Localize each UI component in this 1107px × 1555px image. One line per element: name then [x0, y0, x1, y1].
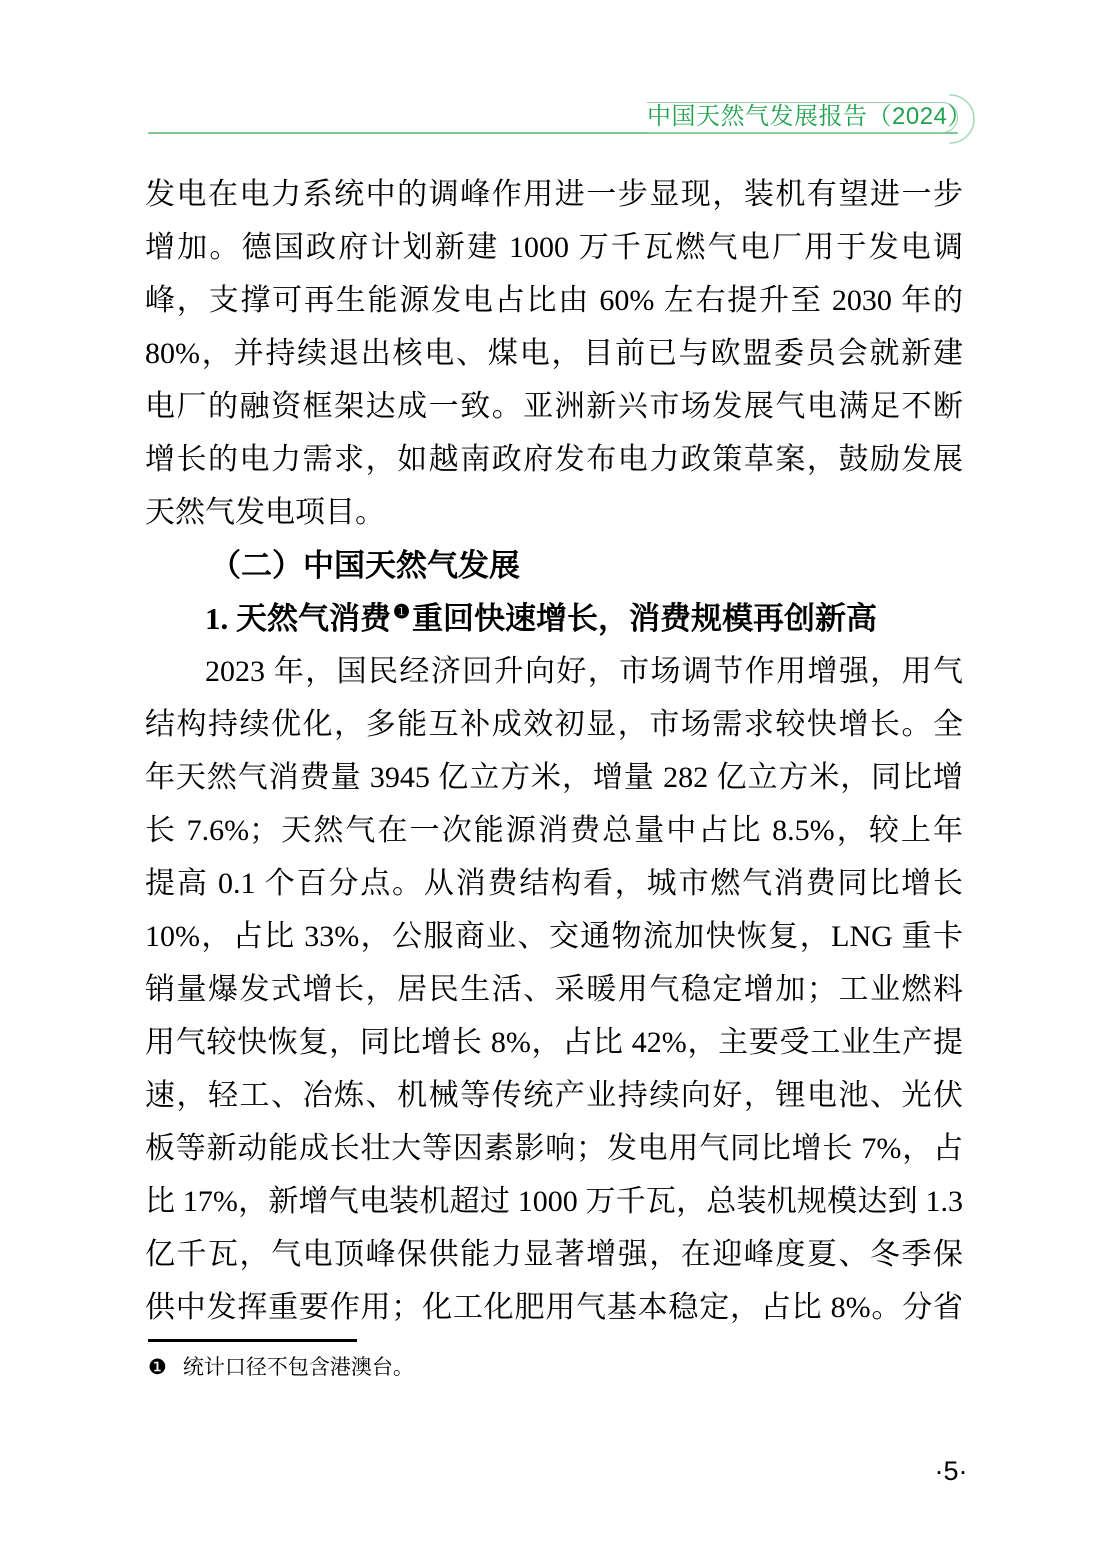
section-heading: （二）中国天然气发展 [145, 539, 963, 592]
text-line: 80%，并持续退出核电、煤电，目前已与欧盟委员会就新建 [145, 327, 963, 380]
text-line: 10%，占比 33%，公服商业、交通物流加快恢复，LNG 重卡 [145, 910, 963, 963]
text-line: 提高 0.1 个百分点。从消费结构看，城市燃气消费同比增长 [145, 857, 963, 910]
text-line: 2023 年，国民经济回升向好，市场调节作用增强，用气 [145, 645, 963, 698]
subsection-heading-prefix: 1. 天然气消费 [205, 601, 391, 636]
text-line: 销量爆发式增长，居民生活、采暖用气稳定增加；工业燃料 [145, 963, 963, 1016]
text-line: 增长的电力需求，如越南政府发布电力政策草案，鼓励发展 [145, 433, 963, 486]
text-line: 板等新动能成长壮大等因素影响；发电用气同比增长 7%，占 [145, 1122, 963, 1175]
text-line: 速，轻工、冶炼、机械等传统产业持续向好，锂电池、光伏 [145, 1069, 963, 1122]
header-arc-decoration [948, 91, 976, 147]
text-line: 比 17%，新增气电装机超过 1000 万千瓦，总装机规模达到 1.3 [145, 1175, 963, 1228]
text-line: 长 7.6%；天然气在一次能源消费总量中占比 8.5%，较上年 [145, 804, 963, 857]
text-line: 结构持续优化，多能互补成效初显，市场需求较快增长。全 [145, 698, 963, 751]
paragraph-world-gas-power: 发电在电力系统中的调峰作用进一步显现，装机有望进一步增加。德国政府计划新建 10… [145, 168, 963, 539]
text-line: 亿千瓦，气电顶峰保供能力显著增强，在迎峰度夏、冬季保 [145, 1228, 963, 1281]
text-line: 发电在电力系统中的调峰作用进一步显现，装机有望进一步 [145, 168, 963, 221]
text-line: 用气较快恢复，同比增长 8%，占比 42%，主要受工业生产提 [145, 1016, 963, 1069]
subsection-heading-suffix: 重回快速增长，消费规模再创新高 [412, 601, 877, 636]
header-title-box: 中国天然气发展报告（2024） [647, 102, 958, 133]
text-line: 天然气发电项目。 [145, 486, 963, 539]
text-line: 峰，支撑可再生能源发电占比由 60% 左右提升至 2030 年的 [145, 274, 963, 327]
header-title: 中国天然气发展报告（2024） [647, 105, 972, 129]
footnote-ref-marker: ❶ [391, 602, 412, 623]
text-line: 增加。德国政府计划新建 1000 万千瓦燃气电厂用于发电调 [145, 221, 963, 274]
footnote: ❶统计口径不包含港澳台。 [148, 1350, 848, 1384]
subsection-heading: 1. 天然气消费❶重回快速增长，消费规模再创新高 [145, 592, 963, 645]
footnote-rule [148, 1339, 357, 1342]
page-number: ·5· [906, 1456, 996, 1487]
text-line: 电厂的融资框架达成一致。亚洲新兴市场发展气电满足不断 [145, 380, 963, 433]
footnote-text: 统计口径不包含港澳台。 [183, 1355, 414, 1379]
paragraph-china-gas-consumption: 2023 年，国民经济回升向好，市场调节作用增强，用气结构持续优化，多能互补成效… [145, 645, 963, 1334]
text-line: 供中发挥重要作用；化工化肥用气基本稳定，占比 8%。分省 [145, 1281, 963, 1334]
text-line: 年天然气消费量 3945 亿立方米，增量 282 亿立方米，同比增 [145, 751, 963, 804]
footnote-marker: ❶ [148, 1350, 167, 1384]
document-page: 中国天然气发展报告（2024） 发电在电力系统中的调峰作用进一步显现，装机有望进… [0, 0, 1107, 1555]
